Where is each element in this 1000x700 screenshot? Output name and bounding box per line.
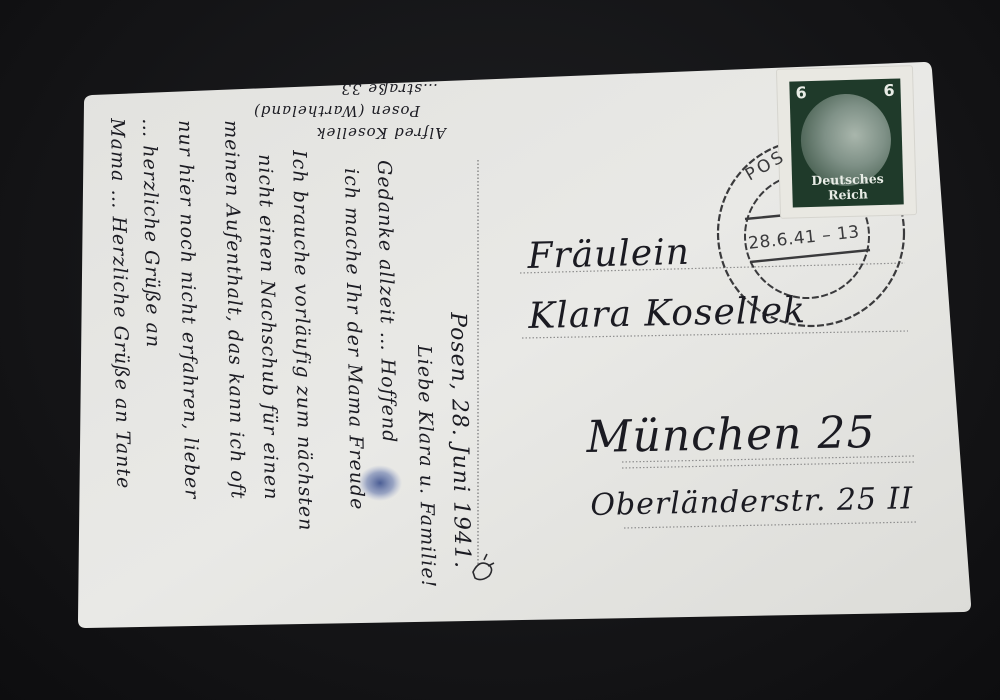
message-salutation: Liebe Klara u. Familie! [413,345,439,588]
message-place-date: Posen, 28. Juni 1941. [445,312,474,569]
stamp-caption: Deutsches Reich [792,170,904,203]
address-line-2: Klara Kosellek [528,290,806,337]
stamp-value-right: 6 [883,81,895,100]
sender-street: …straße 33 [340,80,438,98]
photo-scene: 6 6 Deutsches Reich POS 28.6.41 – 13 Frä… [0,0,1000,700]
sender-name: Alfred Kosellek [315,124,446,142]
stamp-value-left: 6 [795,83,807,102]
address-line-3: München 25 [586,407,876,463]
sender-city: Posen (Wartheland) [253,102,420,120]
stamp-face: 6 6 Deutsches Reich [789,78,903,207]
address-line-4: Oberländerstr. 25 II [590,481,914,523]
postage-stamp: 6 6 Deutsches Reich [777,66,916,218]
message-line: … herzliche Grüße an [138,118,164,348]
address-line-1: Fräulein [527,232,690,277]
